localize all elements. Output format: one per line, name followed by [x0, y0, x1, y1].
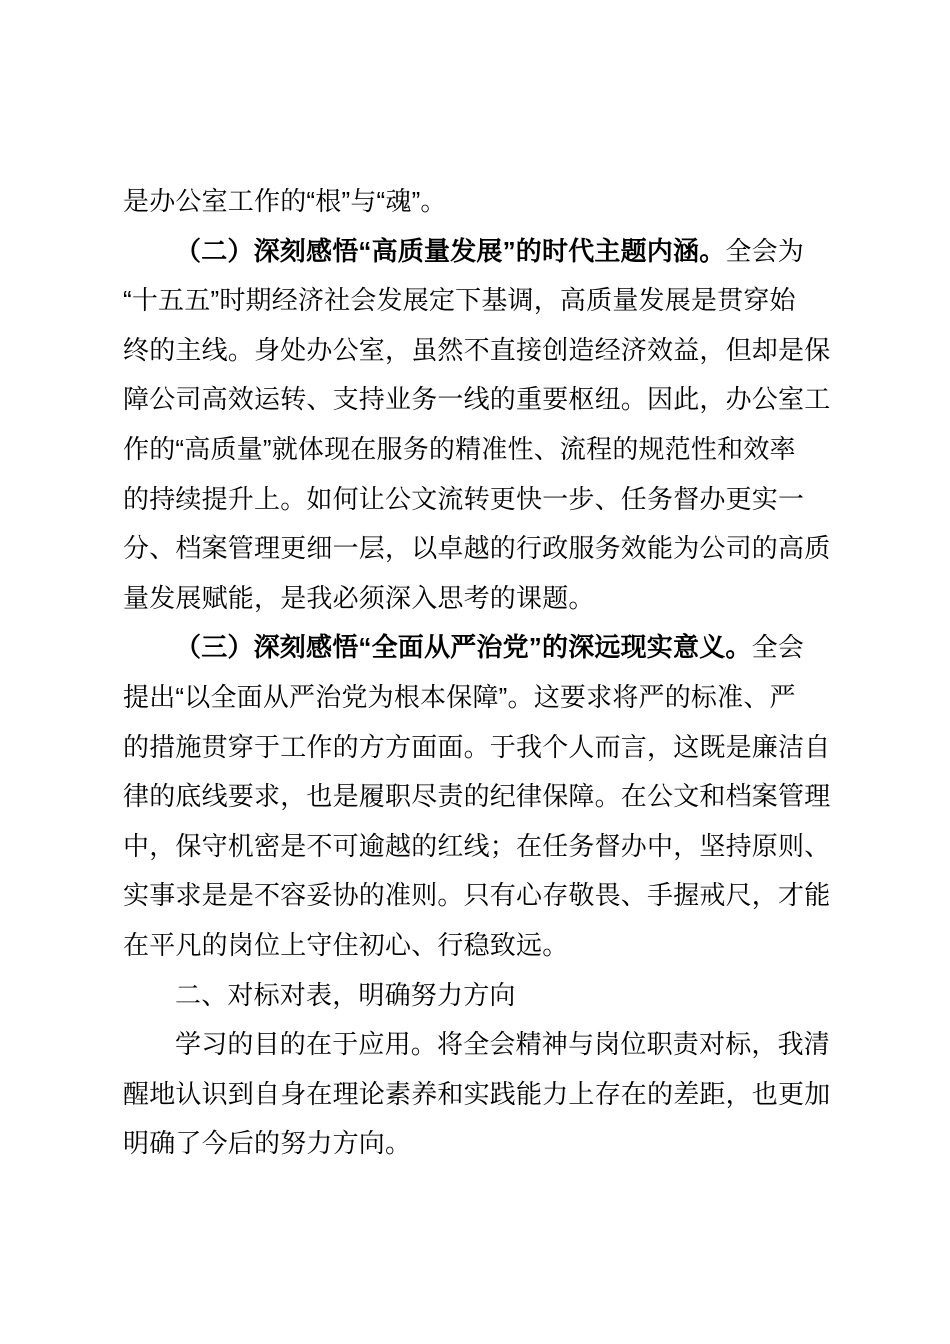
- body-text: 全会为: [725, 236, 804, 266]
- body-line: 的措施贯穿于工作的方方面面。于我个人而言，这既是廉洁自: [123, 723, 835, 773]
- body-line: 提出“以全面从严治党为根本保障”。这要求将严的标准、严: [123, 673, 835, 723]
- document-text-block: 是办公室工作的“根”与“魂”。 （二）深刻感悟“高质量发展”的时代主题内涵。全会…: [123, 177, 835, 1169]
- section-heading-text: 二、对标对表，明确努力方向: [175, 980, 516, 1010]
- body-text: 是办公室工作的“根”与“魂”。: [123, 186, 447, 216]
- bold-lead-in-text: （三）深刻感悟“全面从严治党”的深远现实意义。: [175, 632, 752, 662]
- body-line: 的持续提升上。如何让公文流转更快一步、任务督办更实一: [123, 475, 835, 525]
- body-text: 律的底线要求，也是履职尽责的纪律保障。在公文和档案管理: [123, 781, 830, 811]
- paragraph-continuation: 是办公室工作的“根”与“魂”。: [123, 177, 835, 227]
- body-line: 醒地认识到自身在理论素养和实践能力上存在的差距，也更加: [123, 1070, 835, 1120]
- body-text: 作的“高质量”就体现在服务的精准性、流程的规范性和效率: [123, 434, 796, 464]
- body-text: 的措施贯穿于工作的方方面面。于我个人而言，这既是廉洁自: [123, 732, 830, 762]
- body-text: 量发展赋能，是我必须深入思考的课题。: [123, 583, 595, 613]
- body-line: （三）深刻感悟“全面从严治党”的深远现实意义。全会: [123, 623, 835, 673]
- body-line: （二）深刻感悟“高质量发展”的时代主题内涵。全会为: [123, 227, 835, 277]
- body-text: 全会: [752, 632, 804, 662]
- body-line: “十五五”时期经济社会发展定下基调，高质量发展是贯穿始: [123, 276, 835, 326]
- body-text: 分、档案管理更细一层，以卓越的行政服务效能为公司的高质: [123, 533, 830, 563]
- body-text: 提出“以全面从严治党为根本保障”。这要求将严的标准、严: [123, 682, 796, 712]
- body-text: 障公司高效运转、支持业务一线的重要枢纽。因此，办公室工: [123, 384, 830, 414]
- body-text: 的持续提升上。如何让公文流转更快一步、任务督办更实一: [123, 484, 804, 514]
- body-line: 学习的目的在于应用。将全会精神与岗位职责对标，我清: [123, 1020, 835, 1070]
- body-line: 在平凡的岗位上守住初心、行稳致远。: [123, 921, 835, 971]
- body-line: 明确了今后的努力方向。: [123, 1119, 835, 1169]
- body-text: 学习的目的在于应用。将全会精神与岗位职责对标，我清: [175, 1029, 830, 1059]
- body-text: 在平凡的岗位上守住初心、行稳致远。: [123, 930, 568, 960]
- heading-line: 二、对标对表，明确努力方向: [123, 971, 835, 1021]
- body-text: 实事求是是不容妥协的准则。只有心存敬畏、手握戒尺，才能: [123, 880, 830, 910]
- body-text: 醒地认识到自身在理论素养和实践能力上存在的差距，也更加: [123, 1079, 830, 1109]
- paragraph-section-point-2: （二）深刻感悟“高质量发展”的时代主题内涵。全会为 “十五五”时期经济社会发展定…: [123, 227, 835, 624]
- body-line: 中，保守机密是不可逾越的红线；在任务督办中，坚持原则、: [123, 822, 835, 872]
- paragraph-section-point-3: （三）深刻感悟“全面从严治党”的深远现实意义。全会 提出“以全面从严治党为根本保…: [123, 623, 835, 970]
- body-text: 明确了今后的努力方向。: [123, 1128, 411, 1158]
- body-text: “十五五”时期经济社会发展定下基调，高质量发展是贯穿始: [123, 285, 796, 315]
- body-line: 终的主线。身处办公室，虽然不直接创造经济效益，但却是保: [123, 326, 835, 376]
- bold-lead-in-text: （二）深刻感悟“高质量发展”的时代主题内涵。: [175, 236, 725, 266]
- body-text: 中，保守机密是不可逾越的红线；在任务督办中，坚持原则、: [123, 831, 830, 861]
- body-line: 是办公室工作的“根”与“魂”。: [123, 177, 835, 227]
- body-line: 分、档案管理更细一层，以卓越的行政服务效能为公司的高质: [123, 524, 835, 574]
- body-line: 作的“高质量”就体现在服务的精准性、流程的规范性和效率: [123, 425, 835, 475]
- paragraph-closing: 学习的目的在于应用。将全会精神与岗位职责对标，我清 醒地认识到自身在理论素养和实…: [123, 1020, 835, 1169]
- body-line: 量发展赋能，是我必须深入思考的课题。: [123, 574, 835, 624]
- body-line: 障公司高效运转、支持业务一线的重要枢纽。因此，办公室工: [123, 375, 835, 425]
- document-page: 是办公室工作的“根”与“魂”。 （二）深刻感悟“高质量发展”的时代主题内涵。全会…: [0, 0, 950, 1344]
- body-line: 律的底线要求，也是履职尽责的纪律保障。在公文和档案管理: [123, 772, 835, 822]
- body-text: 终的主线。身处办公室，虽然不直接创造经济效益，但却是保: [123, 335, 830, 365]
- section-heading: 二、对标对表，明确努力方向: [123, 971, 835, 1021]
- body-line: 实事求是是不容妥协的准则。只有心存敬畏、手握戒尺，才能: [123, 871, 835, 921]
